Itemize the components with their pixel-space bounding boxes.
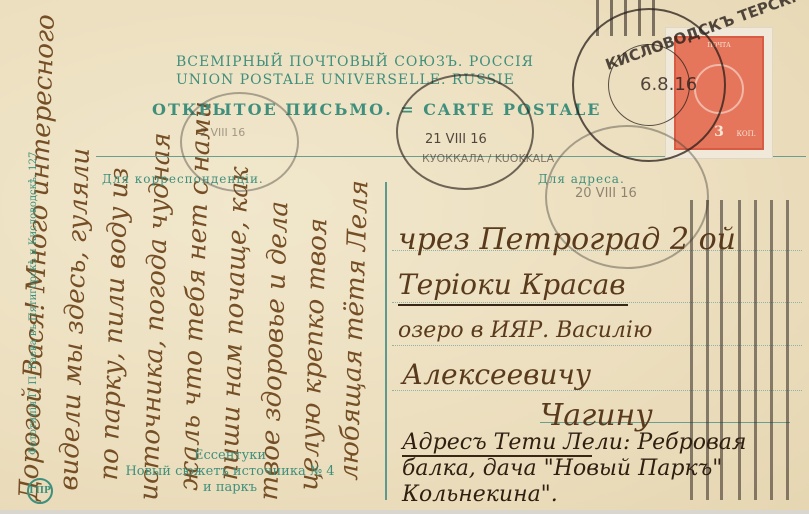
postmark-kuokkala-place: КУОККАЛА / KUOKKALA [422, 152, 554, 165]
publisher-imprint: Фототипія Г. П. Раева въ Пятигорскѣ и Ки… [28, 35, 39, 455]
publisher-logo-icon: ГПР [27, 478, 53, 504]
address-underline [398, 304, 628, 306]
address-line-surname: Чагину [540, 398, 653, 433]
message-line: источника, погода чудная [134, 132, 177, 501]
stamp-unit: КОП. [737, 130, 757, 138]
note-line-1: Адресъ Тети Лели: Ребровая [402, 430, 746, 455]
address-line-via: чрез Петроград 2 ой [398, 222, 736, 257]
postmark-left [180, 92, 299, 192]
postmark-left-date: 2 VIII 16 [200, 126, 245, 139]
postcard: Дорогой Вася! Много интересноговидели мы… [0, 0, 809, 514]
postmark-kuokkala-date: 21 VIII 16 [425, 132, 487, 147]
caption-line-2: Новый сюжетъ источника № 4 [70, 464, 390, 480]
message-line: любящая тётя Леля [334, 180, 374, 481]
address-line-town: Теріоки Красав [398, 268, 626, 301]
stamp-value: 3 [714, 124, 724, 140]
caption-line-3: и паркъ [70, 480, 390, 496]
scan-edge [0, 510, 809, 514]
address-line-place: озеро в ИЯР. Василію [398, 318, 652, 343]
photo-caption: Ессентуки Новый сюжетъ источника № 4 и п… [70, 448, 390, 496]
message-line: пиши нам почаще, как [214, 166, 255, 481]
caption-line-1: Ессентуки [70, 448, 390, 464]
address-line-patronymic: Алексеевичу [402, 358, 591, 391]
postmark-terioki-date: 20 VIII 16 [575, 186, 637, 201]
message-line: по парку, пили воду из [94, 167, 135, 481]
message-line: видели мы здесь, гуляли [54, 147, 96, 491]
header-line-ru: ВСЕМІРНЫЙ ПОЧТОВЫЙ СОЮЗЪ. РОССІЯ [176, 54, 534, 70]
postmark-kislovodsk-date: 6.8.16 [640, 74, 697, 95]
note-line-3: Кольнекина". [402, 482, 558, 507]
note-line-2: балка, дача "Новый Паркъ" [402, 456, 722, 481]
